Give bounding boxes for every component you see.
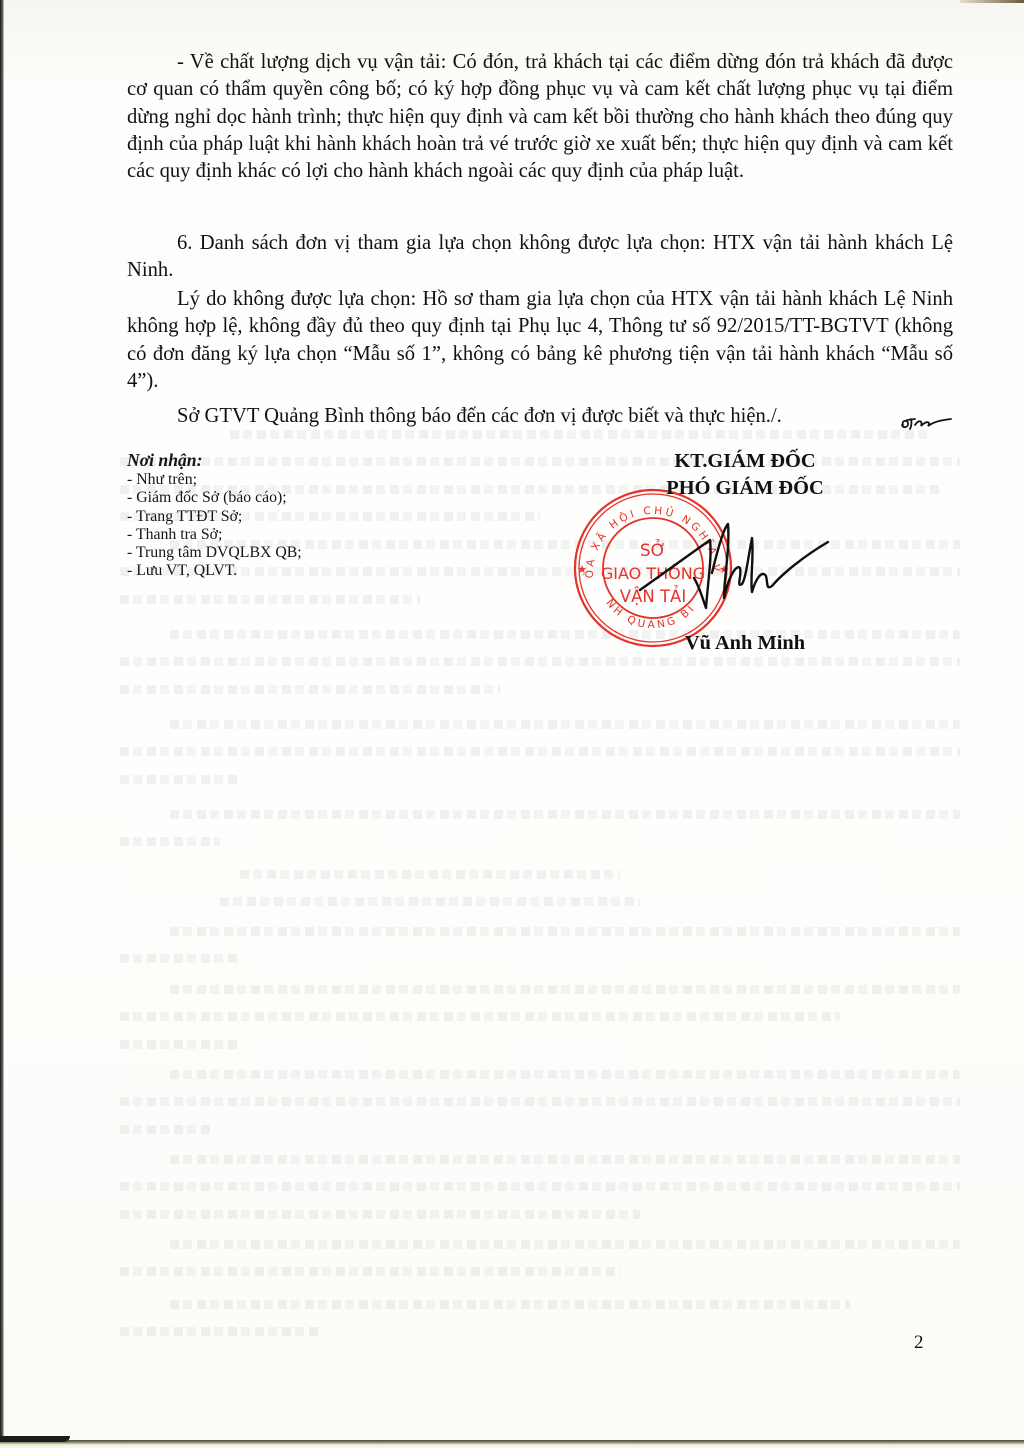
show-through-line	[120, 837, 220, 846]
recipients-title: Nơi nhận:	[127, 451, 302, 469]
paragraph-service-quality: - Về chất lượng dịch vụ vận tải: Có đón,…	[127, 49, 953, 185]
paragraph-text: Lý do không được lựa chọn: Hồ sơ tham gi…	[127, 286, 953, 395]
paragraph-text: - Về chất lượng dịch vụ vận tải: Có đón,…	[127, 49, 953, 185]
recipients-block: Nơi nhận: Như trên; Giám đốc Sở (báo cáo…	[127, 451, 302, 580]
recipient-item: Như trên;	[127, 471, 302, 489]
show-through-line	[120, 1182, 960, 1191]
paragraph-text: 6. Danh sách đơn vị tham gia lựa chọn kh…	[127, 230, 953, 285]
handwritten-signature-icon	[632, 518, 832, 618]
show-through-line	[170, 927, 960, 936]
show-through-line	[120, 685, 500, 694]
show-through-line	[120, 595, 420, 604]
show-through-line	[120, 954, 240, 963]
show-through-line	[220, 897, 640, 906]
recipient-item: Giám đốc Sở (báo cáo);	[127, 489, 302, 507]
signer-name: Vũ Anh Minh	[600, 632, 890, 655]
show-through-line	[230, 430, 930, 439]
recipient-item: Thanh tra Sở;	[127, 526, 302, 544]
show-through-line	[120, 1040, 240, 1049]
signature-title-line-1: KT.GIÁM ĐỐC	[600, 448, 890, 474]
document-page: - Về chất lượng dịch vụ vận tải: Có đón,…	[0, 0, 1024, 1448]
recipient-item: Trang TTĐT Sở;	[127, 508, 302, 526]
show-through-line	[120, 1097, 960, 1106]
signature-title-line-2: PHÓ GIÁM ĐỐC	[600, 475, 890, 501]
scan-edge-curl	[0, 1436, 70, 1442]
paragraph-rejection-reason: Lý do không được lựa chọn: Hồ sơ tham gi…	[127, 286, 953, 395]
show-through-line	[120, 775, 240, 784]
show-through-line	[120, 657, 960, 666]
show-through-line	[170, 720, 960, 729]
recipient-item: Lưu VT, QLVT.	[127, 562, 302, 580]
paragraph-not-selected-list: 6. Danh sách đơn vị tham gia lựa chọn kh…	[127, 230, 953, 285]
recipients-list: Như trên; Giám đốc Sở (báo cáo); Trang T…	[127, 471, 302, 580]
show-through-line	[120, 1327, 320, 1336]
page-number: 2	[914, 1332, 924, 1354]
show-through-line	[170, 985, 960, 994]
show-through-line	[120, 747, 960, 756]
show-through-line	[170, 1070, 960, 1079]
show-through-line	[170, 1240, 960, 1249]
handwritten-initials-icon	[897, 411, 953, 433]
show-through-line	[170, 810, 960, 819]
show-through-line	[120, 1267, 620, 1276]
scan-edge-bottom	[0, 1440, 1024, 1448]
svg-text:★: ★	[577, 563, 587, 576]
paragraph-text: Sở GTVT Quảng Bình thông báo đến các đơn…	[127, 403, 953, 430]
show-through-line	[240, 870, 620, 879]
show-through-line	[170, 1300, 850, 1309]
show-through-line	[120, 1012, 840, 1021]
scan-edge-top	[960, 0, 1024, 3]
recipient-item: Trung tâm DVQLBX QB;	[127, 544, 302, 562]
show-through-line	[170, 1155, 960, 1164]
show-through-line	[120, 1210, 640, 1219]
show-through-line	[120, 1125, 210, 1134]
paragraph-closing-notice: Sở GTVT Quảng Bình thông báo đến các đơn…	[127, 403, 953, 430]
scan-edge-left	[0, 0, 4, 1448]
signature-block: KT.GIÁM ĐỐC PHÓ GIÁM ĐỐC	[600, 448, 890, 501]
